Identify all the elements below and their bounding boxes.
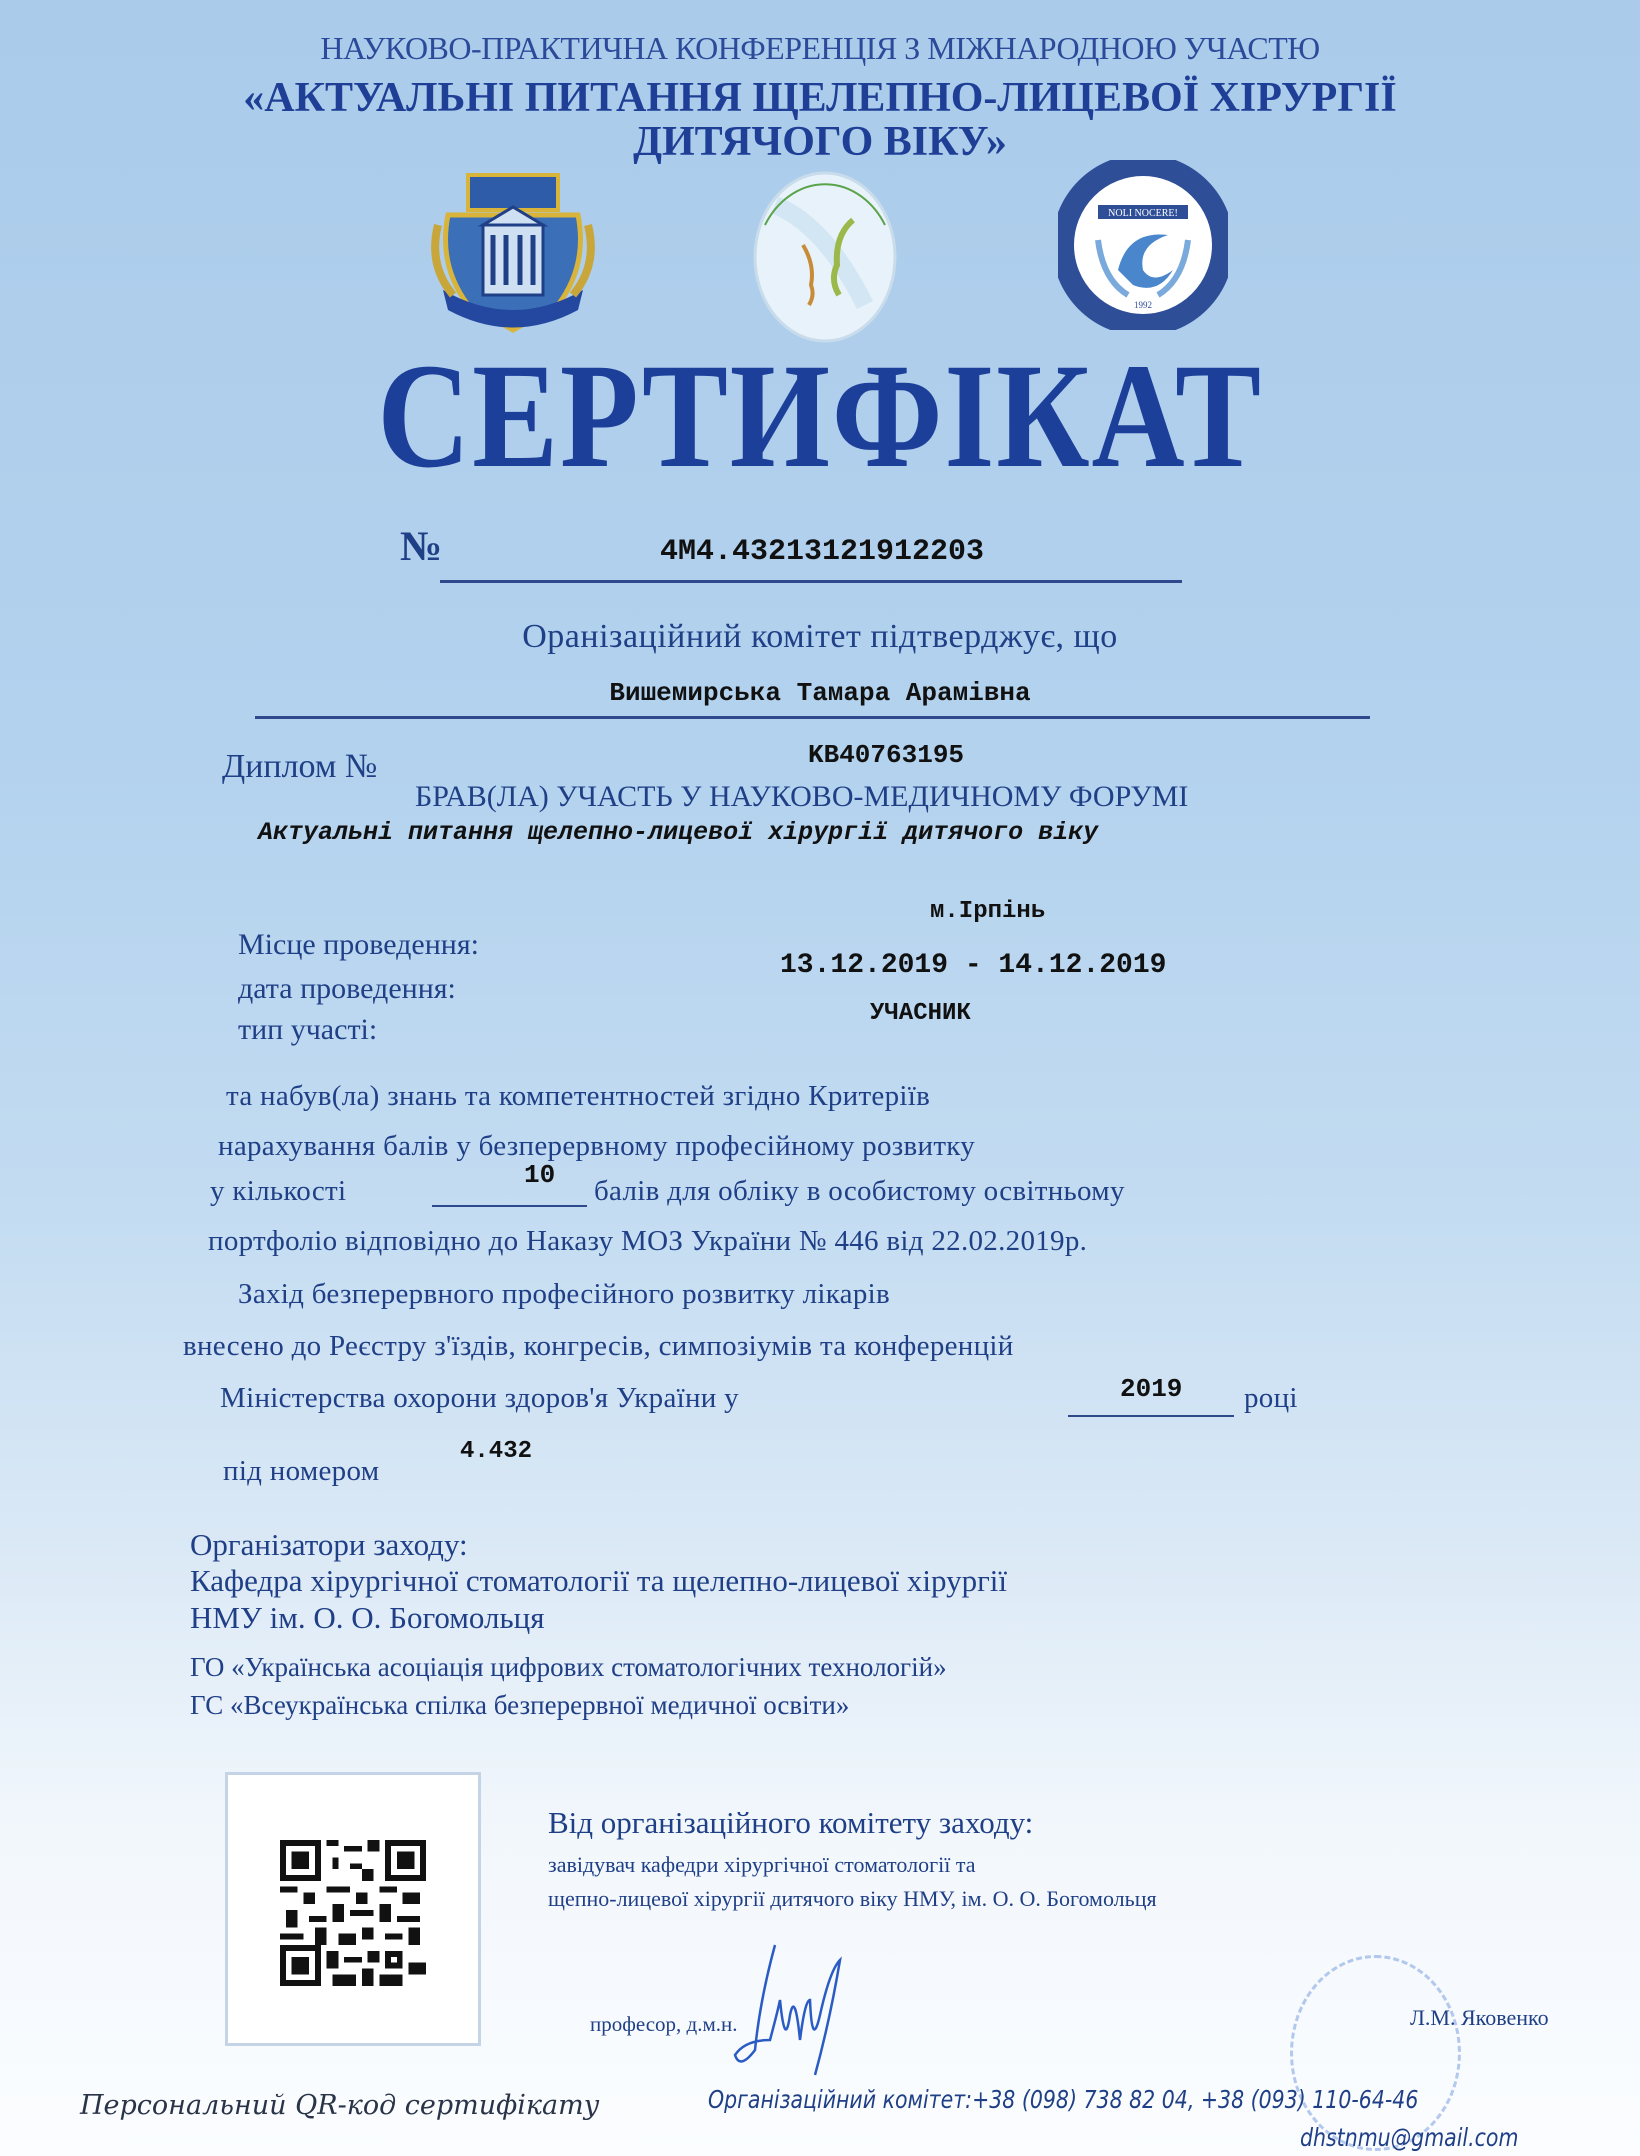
certificate-title: СЕРТИФІКАТ <box>115 330 1525 502</box>
participant-name: Вишемирська Тамара Арамівна <box>0 678 1640 708</box>
body-line-1: та набув(ла) знань та компетентностей зг… <box>226 1080 930 1113</box>
organizer-union: ГС «Всеукраїнська спілка безперервної ме… <box>190 1690 849 1721</box>
conference-title-line2: ДИТЯЧОГО ВІКУ» <box>0 118 1640 166</box>
signer-position-line1: завідувач кафедри хірургічної стоматолог… <box>548 1852 975 1878</box>
committee-phones: Організаційний комітет:+38 (098) 738 82 … <box>708 2085 1418 2114</box>
svg-text:NOLI NOCERE!: NOLI NOCERE! <box>1108 208 1178 219</box>
conference-title-line1: «АКТУАЛЬНІ ПИТАННЯ ЩЕЛЕПНО-ЛИЦЕВОЇ ХІРУР… <box>0 74 1640 122</box>
qr-code-icon[interactable] <box>280 1835 426 1991</box>
qr-frame <box>225 1772 481 2046</box>
body-line-4: портфоліо відповідно до Наказу МОЗ Украї… <box>208 1225 1087 1258</box>
participation-type-value: УЧАСНИК <box>870 1000 971 1027</box>
kyiv-medical-university-logo-icon: NOLI NOCERE! 1992 <box>1058 160 1228 330</box>
svg-text:1992: 1992 <box>1134 300 1152 310</box>
organizer-department-line2: НМУ ім. О. О. Богомольця <box>190 1600 544 1636</box>
signer-position-line2: щепно-лицевої хірургії дитячого віку НМУ… <box>548 1886 1157 1912</box>
organizers-heading: Організатори заходу: <box>190 1527 468 1563</box>
body-line-2: нарахування балів у безперервному профес… <box>218 1130 975 1163</box>
place-value: м.Ірпінь <box>930 898 1045 925</box>
body-line-3a: у кількості <box>210 1175 346 1208</box>
registry-number: 4.432 <box>460 1438 532 1465</box>
body-line-6: внесено до Реєстру з'їздів, конгресів, с… <box>183 1330 1014 1363</box>
name-underline <box>255 716 1370 719</box>
body-line-7a: Міністерства охорони здоров'я України у <box>220 1382 739 1415</box>
body-line-8: під номером <box>223 1455 379 1488</box>
year-underline <box>1068 1415 1234 1417</box>
body-line-5: Захід безперервного професійного розвитк… <box>238 1278 890 1311</box>
number-sign: № <box>400 523 442 571</box>
signer-name: Л.М. Яковенко <box>1410 2005 1549 2031</box>
body-line-7b: році <box>1244 1382 1298 1415</box>
points-underline <box>432 1205 587 1207</box>
year-value: 2019 <box>1120 1374 1182 1404</box>
committee-confirms: Оранізаційний комітет підтверджує, що <box>0 618 1640 656</box>
signature-heading: Від організаційного комітету заходу: <box>548 1805 1033 1841</box>
place-label: Місце проведення: <box>238 928 479 962</box>
participation-type-label: тип участі: <box>238 1013 377 1047</box>
diploma-number: KB40763195 <box>808 740 964 770</box>
organizer-department-line1: Кафедра хірургічної стоматології та щеле… <box>190 1563 1007 1599</box>
diploma-label: Диплом № <box>222 748 377 786</box>
points-value: 10 <box>524 1160 555 1190</box>
qr-caption: Персональний QR-код сертифікату <box>80 2090 599 2121</box>
conference-type: НАУКОВО-ПРАКТИЧНА КОНФЕРЕНЦІЯ З МІЖНАРОД… <box>0 30 1640 67</box>
nmu-coat-of-arms-logo-icon <box>428 155 598 335</box>
signature-icon <box>730 1940 850 2080</box>
official-stamp <box>1290 1955 1461 2151</box>
certificate-number: 4M4.43213121912203 <box>660 535 984 569</box>
signer-title: професор, д.м.н. <box>590 2012 737 2037</box>
number-underline <box>440 580 1182 583</box>
contact-email[interactable]: dhstnmu@gmail.com <box>1300 2123 1518 2152</box>
body-line-3b: балів для обліку в особистому освітньому <box>594 1175 1125 1208</box>
date-label: дата проведення: <box>238 972 456 1006</box>
forum-name: Актуальні питання щелепно-лицевої хірург… <box>258 818 1098 847</box>
date-value: 13.12.2019 - 14.12.2019 <box>780 950 1166 981</box>
forum-label: БРАВ(ЛА) УЧАСТЬ У НАУКОВО-МЕДИЧНОМУ ФОРУ… <box>415 780 1188 814</box>
organizer-association: ГО «Українська асоціація цифрових стомат… <box>190 1652 947 1683</box>
department-logo-icon <box>735 165 915 345</box>
